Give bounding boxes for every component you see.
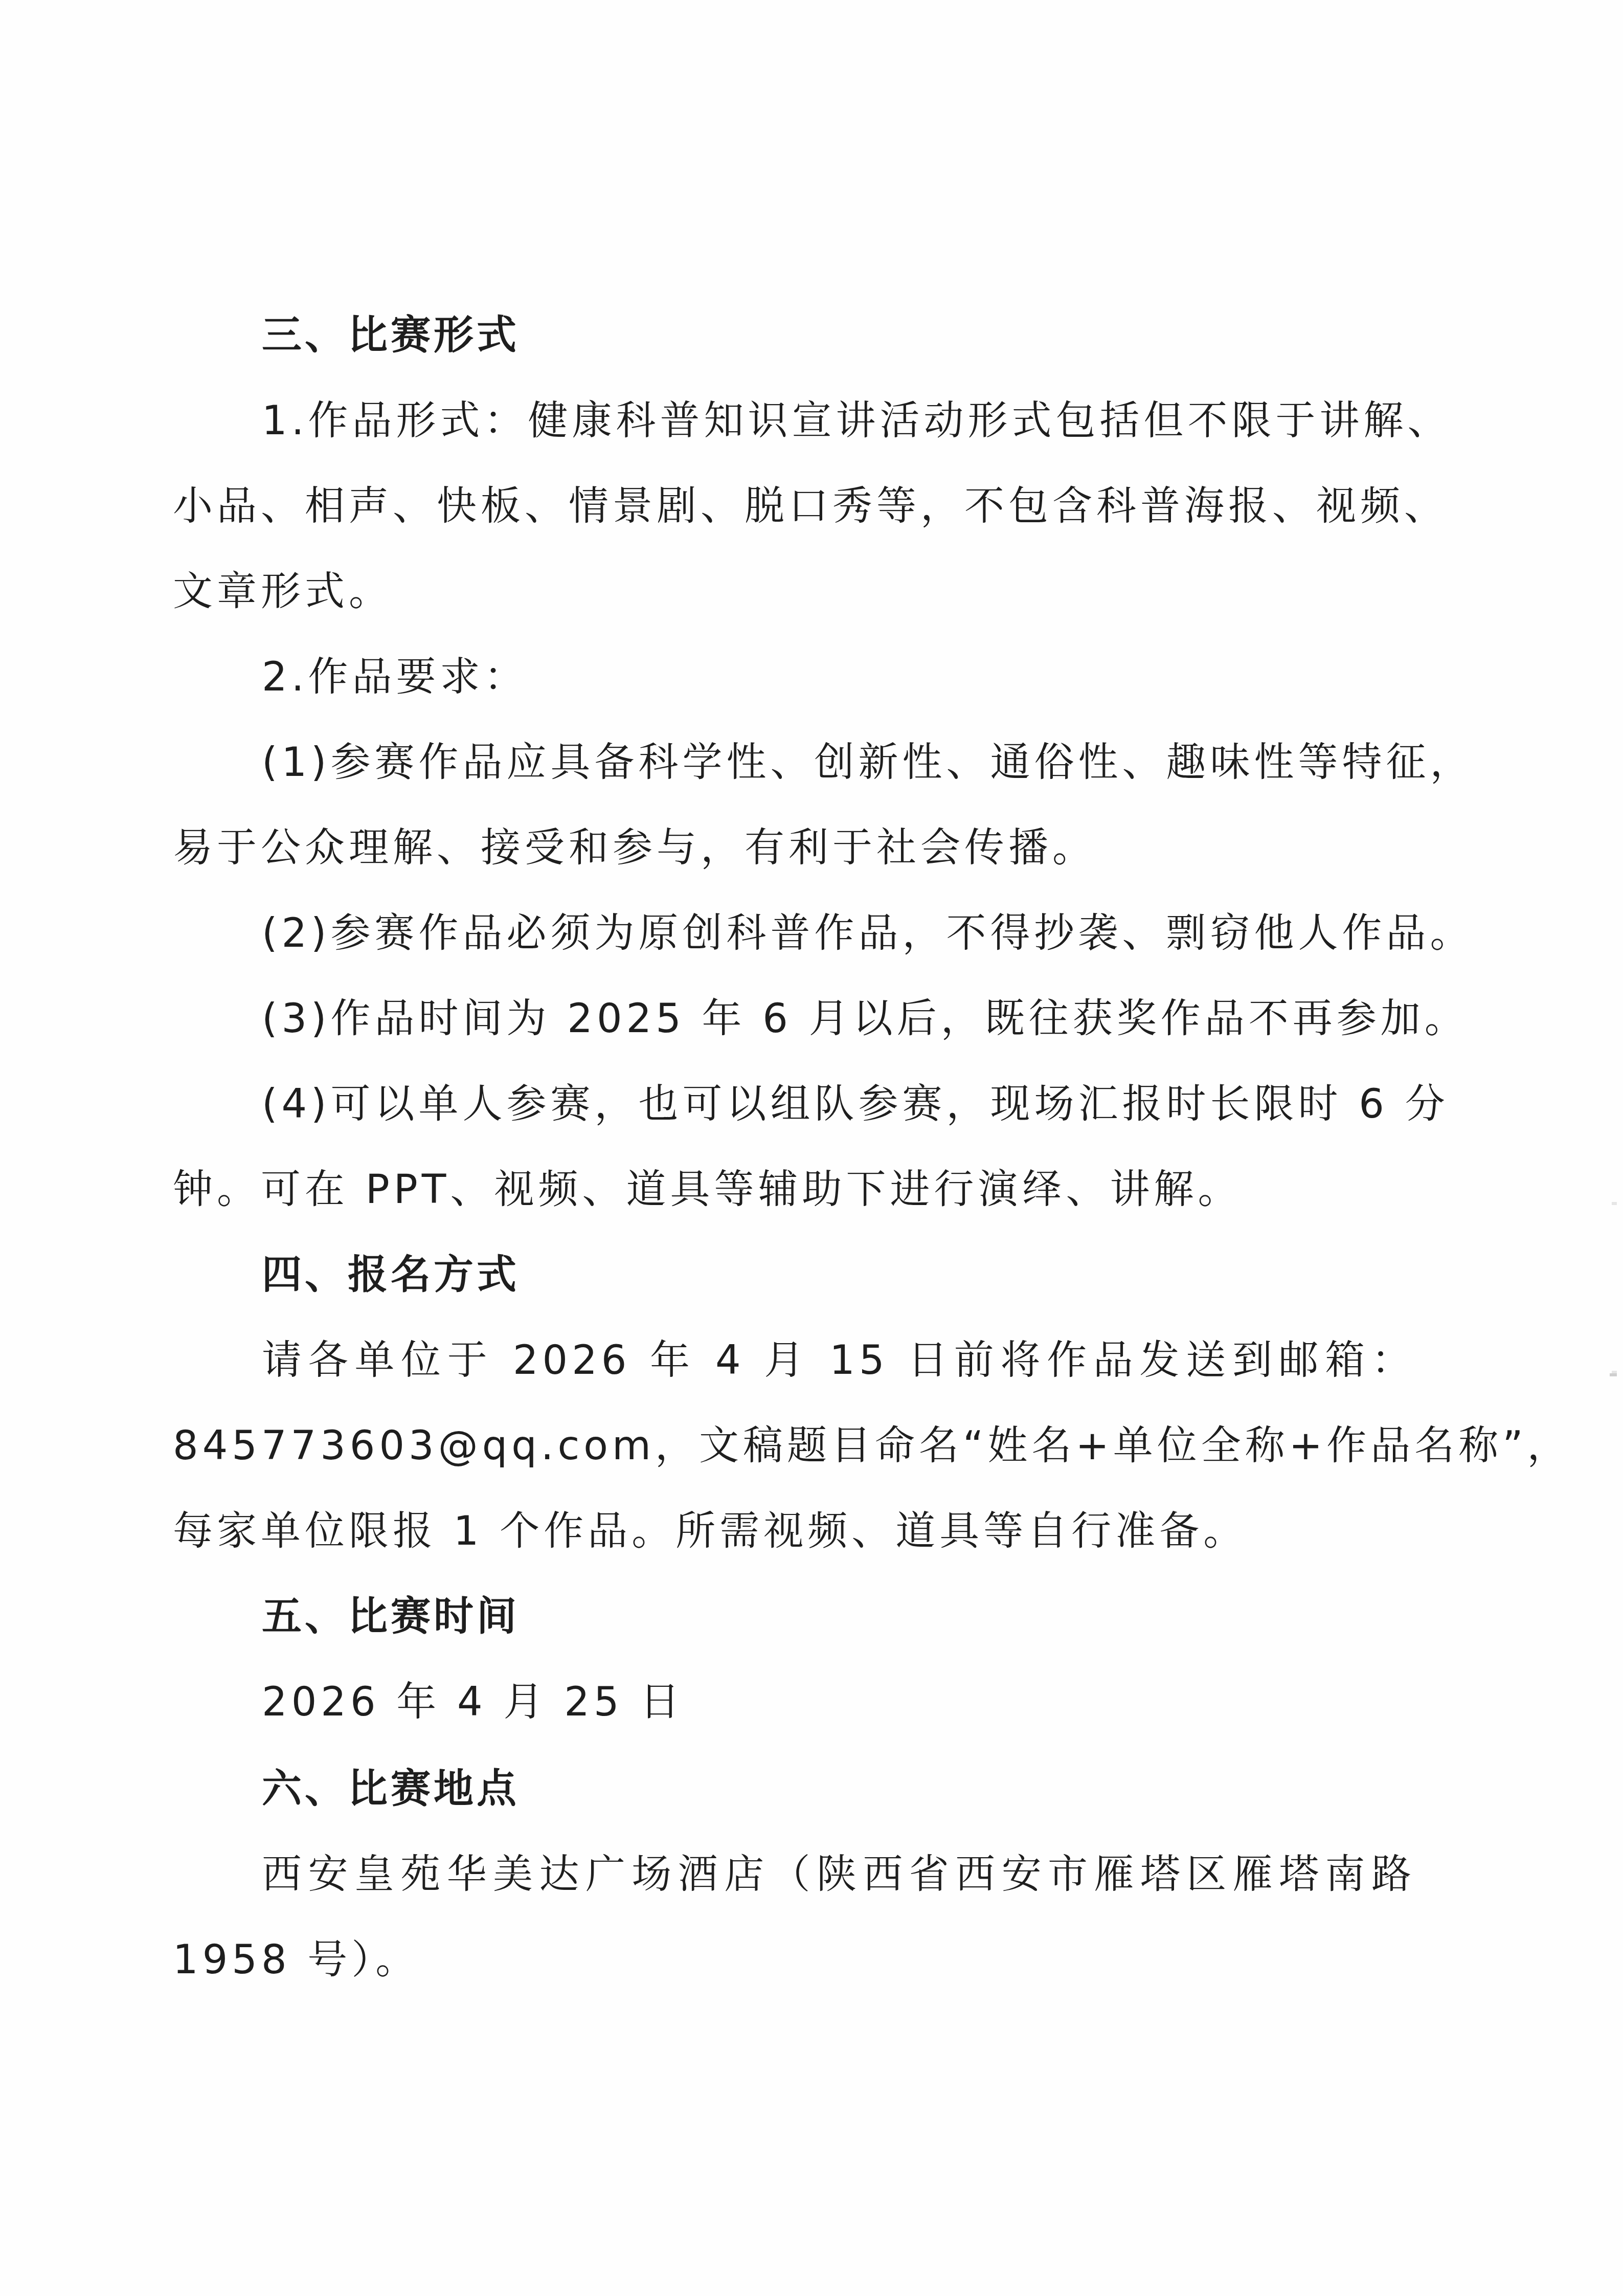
venue-line-2: 1958 号）。 [173, 1934, 1415, 1986]
requirement-1-line-1: (1)参赛作品应具备科学性、创新性、通俗性、趣味性等特征， [262, 737, 1415, 788]
section-heading-format: 三、比赛形式 [262, 310, 1415, 361]
requirement-4-line-2: 钟。可在 PPT、视频、道具等辅助下进行演绎、讲解。 [173, 1164, 1415, 1215]
section-heading-registration: 四、报名方式 [262, 1250, 1415, 1301]
section-heading-venue: 六、比赛地点 [262, 1764, 1415, 1815]
requirement-3-line-1: (3)作品时间为 2025 年 6 月以后，既往获奖作品不再参加。 [262, 993, 1415, 1044]
requirement-4-line-1: (4)可以单人参赛，也可以组队参赛，现场汇报时长限时 6 分 [262, 1079, 1415, 1130]
section-heading-time: 五、比赛时间 [262, 1591, 1415, 1642]
registration-line-2-email[interactable]: 845773603@qq.com，文稿题目命名“姓名+单位全称+作品名称”， [173, 1420, 1415, 1472]
paragraph-work-form-line-3: 文章形式。 [173, 566, 1415, 617]
scan-artifact [1612, 1202, 1617, 1205]
registration-line-1: 请各单位于 2026 年 4 月 15 日前将作品发送到邮箱： [262, 1335, 1415, 1386]
scan-artifact [1610, 1373, 1617, 1376]
document-page: 三、比赛形式 1.作品形式：健康科普知识宣讲活动形式包括但不限于讲解、 小品、相… [0, 0, 1623, 2296]
competition-date: 2026 年 4 月 25 日 [262, 1677, 1415, 1728]
venue-line-1: 西安皇苑华美达广场酒店（陕西省西安市雁塔区雁塔南路 [262, 1849, 1415, 1900]
paragraph-work-form-line-2: 小品、相声、快板、情景剧、脱口秀等，不包含科普海报、视频、 [173, 481, 1415, 532]
registration-line-3: 每家单位限报 1 个作品。所需视频、道具等自行准备。 [173, 1506, 1415, 1557]
paragraph-work-form-line-1: 1.作品形式：健康科普知识宣讲活动形式包括但不限于讲解、 [262, 395, 1415, 447]
requirement-1-line-2: 易于公众理解、接受和参与，有利于社会传播。 [173, 822, 1415, 874]
paragraph-work-requirements-label: 2.作品要求： [262, 652, 1415, 703]
requirement-2-line-1: (2)参赛作品必须为原创科普作品，不得抄袭、剽窃他人作品。 [262, 908, 1415, 959]
